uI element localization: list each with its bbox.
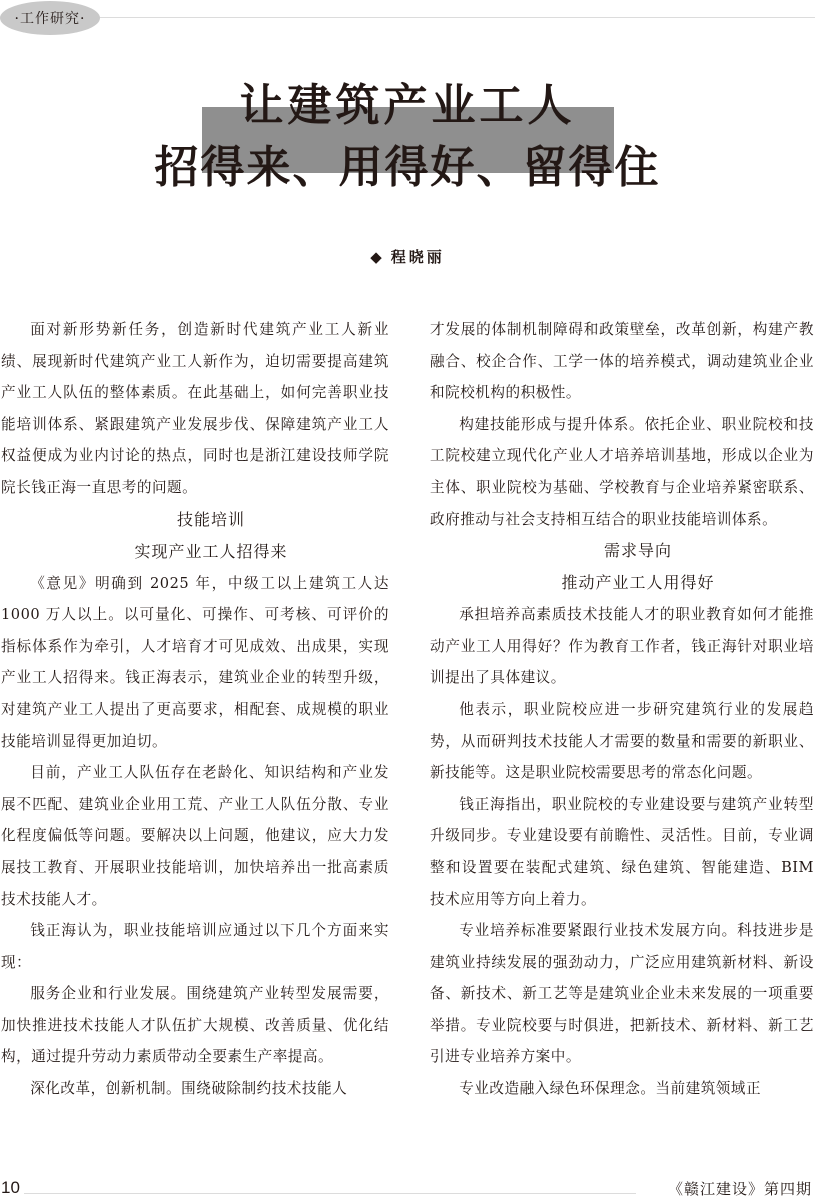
paragraph: 服务企业和行业发展。围绕建筑产业转型发展需要，加快推进技术技能人才队伍扩大规模、… <box>1 978 389 1073</box>
section-subheading: 实现产业工人招得来 <box>1 536 389 568</box>
paragraph: 深化改革，创新机制。围绕破除制约技术技能人 <box>1 1073 389 1105</box>
article-title-line2: 招得来、用得好、留得住 <box>0 146 815 190</box>
section-heading: 需求导向 <box>430 535 814 567</box>
left-column: 面对新形势新任务，创造新时代建筑产业工人新业绩、展现新时代建筑产业工人新作为，迫… <box>1 314 389 1105</box>
author-name: 程晓丽 <box>391 248 445 266</box>
paragraph: 承担培养高素质技术技能人才的职业教育如何才能推动产业工人用得好？作为教育工作者，… <box>430 599 814 694</box>
section-subheading: 推动产业工人用得好 <box>430 567 814 599</box>
paragraph: 专业培养标准要紧跟行业技术发展方向。科技进步是建筑业持续发展的强劲动力，广泛应用… <box>430 915 814 1073</box>
paragraph: 目前，产业工人队伍存在老龄化、知识结构和产业发展不匹配、建筑业企业用工荒、产业工… <box>1 757 389 915</box>
footer-rule <box>24 1193 636 1194</box>
paragraph: 《意见》明确到 2025 年，中级工以上建筑工人达 1000 万人以上。以可量化… <box>1 568 389 758</box>
diamond-icon: ◆ <box>370 248 385 266</box>
paragraph: 钱正海认为，职业技能培训应通过以下几个方面来实现： <box>1 915 389 978</box>
paragraph: 构建技能形成与提升体系。依托企业、职业院校和技工院校建立现代化产业人才培养培训基… <box>430 409 814 535</box>
right-column: 才发展的体制机制障碍和政策壁垒，改革创新，构建产教融合、校企合作、工学一体的培养… <box>430 314 814 1105</box>
paragraph: 面对新形势新任务，创造新时代建筑产业工人新业绩、展现新时代建筑产业工人新作为，迫… <box>1 314 389 504</box>
journal-name: 《赣江建设》第四期 <box>668 1178 812 1199</box>
paragraph: 钱正海指出，职业院校的专业建设要与建筑产业转型升级同步。专业建设要有前瞻性、灵活… <box>430 789 814 915</box>
header-rule <box>73 17 815 18</box>
article-title-line1: 让建筑产业工人 <box>0 84 815 128</box>
section-heading: 技能培训 <box>1 504 389 536</box>
paragraph-continued: 才发展的体制机制障碍和政策壁垒，改革创新，构建产教融合、校企合作、工学一体的培养… <box>430 314 814 409</box>
page-number: 10 <box>1 1178 20 1198</box>
paragraph: 他表示，职业院校应进一步研究建筑行业的发展趋势，从而研判技术技能人才需要的数量和… <box>430 694 814 789</box>
byline: ◆程晓丽 <box>0 246 815 267</box>
paragraph: 专业改造融入绿色环保理念。当前建筑领域正 <box>430 1073 814 1105</box>
section-label: ·工作研究· <box>0 1 100 35</box>
